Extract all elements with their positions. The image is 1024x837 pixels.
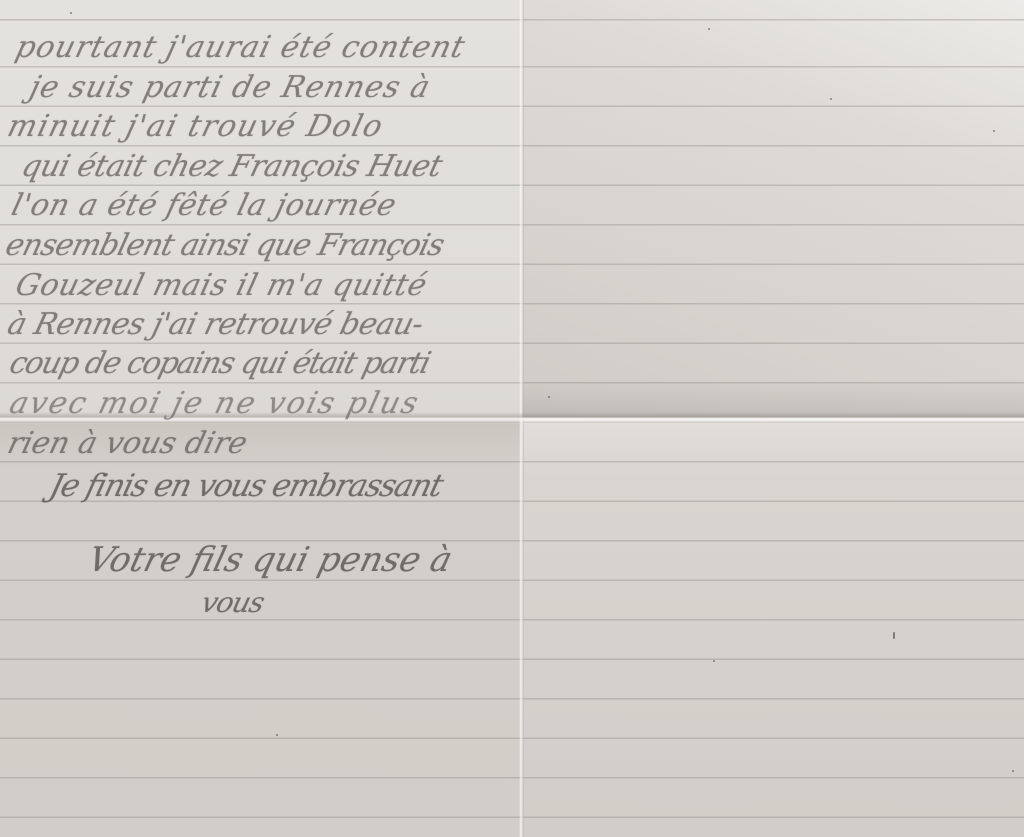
letter-line: à Rennes j'ai retrouvé beau- (4, 307, 427, 342)
paper-quadrant-top-right (521, 0, 1024, 418)
letter-line: qui était chez François Huet (18, 149, 446, 184)
letter-line: coup de copains qui était parti (6, 346, 433, 381)
paper-speck (708, 28, 710, 30)
letter-line: l'on a été fêté la journée (8, 188, 400, 223)
paper-speck (830, 98, 832, 100)
letter-sheet: pourtant j'aurai été content je suis par… (0, 0, 1024, 837)
paper-quadrant-bottom-right (521, 418, 1024, 837)
letter-line: minuit j'ai trouvé Dolo (4, 109, 387, 144)
letter-line: pourtant j'aurai été content (12, 30, 469, 65)
paper-speck (713, 660, 715, 662)
signature-line-end: vous (198, 586, 267, 619)
letter-body: pourtant j'aurai été content je suis par… (0, 0, 520, 837)
letter-line: avec moi je ne vois plus (6, 386, 424, 421)
signature-line: Votre fils qui pense à (84, 540, 456, 580)
letter-line: rien à vous dire (4, 426, 251, 461)
letter-line: Gouzeul mais il m'a quitté (12, 268, 431, 303)
paper-speck (1012, 770, 1014, 772)
paper-speck (993, 130, 995, 132)
paper-speck (548, 396, 550, 398)
letter-line: ensemblent ainsi que François (2, 228, 447, 263)
closing-line: Je finis en vous embrassant (46, 468, 446, 504)
paper-speck (893, 632, 895, 639)
letter-line: je suis parti de Rennes à (26, 70, 434, 105)
